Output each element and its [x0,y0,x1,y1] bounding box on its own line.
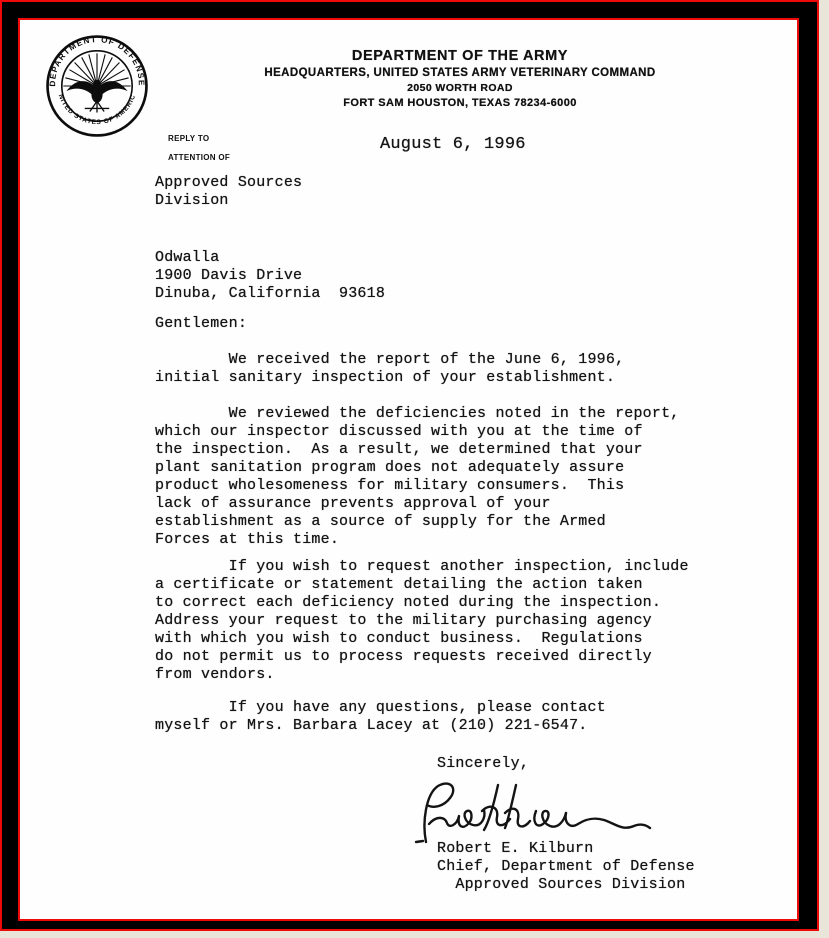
letterhead-line-4: FORT SAM HOUSTON, TEXAS 78234-6000 [210,97,710,109]
letter-page: DEPARTMENT OF DEFENSE UNITED STATES OF A… [18,18,799,921]
office-block: Approved Sources Division [155,174,302,210]
scan-border-frame: DEPARTMENT OF DEFENSE UNITED STATES OF A… [0,0,819,931]
letter-date: August 6, 1996 [380,136,526,154]
letterhead: DEPARTMENT OF THE ARMY HEADQUARTERS, UNI… [210,48,710,109]
reply-to-attention-of-label: REPLY TO ATTENTION OF [168,129,230,167]
seal-talons [85,101,109,112]
body-paragraph-2: We reviewed the deficiencies noted in th… [155,405,679,549]
letterhead-line-2: HEADQUARTERS, UNITED STATES ARMY VETERIN… [210,67,710,79]
department-of-defense-seal-icon: DEPARTMENT OF DEFENSE UNITED STATES OF A… [45,35,149,137]
signature-block: Robert E. Kilburn Chief, Department of D… [437,840,695,894]
body-paragraph-4: If you have any questions, please contac… [155,699,606,735]
salutation: Gentlemen: [155,315,247,333]
body-paragraph-3: If you wish to request another inspectio… [155,558,689,684]
seal-eagle [66,80,127,103]
letterhead-line-3: 2050 WORTH ROAD [210,82,710,94]
recipient-address-block: Odwalla 1900 Davis Drive Dinuba, Califor… [155,249,385,303]
complimentary-closing: Sincerely, [437,755,529,773]
letterhead-line-1: DEPARTMENT OF THE ARMY [210,48,710,64]
body-paragraph-1: We received the report of the June 6, 19… [155,351,624,387]
